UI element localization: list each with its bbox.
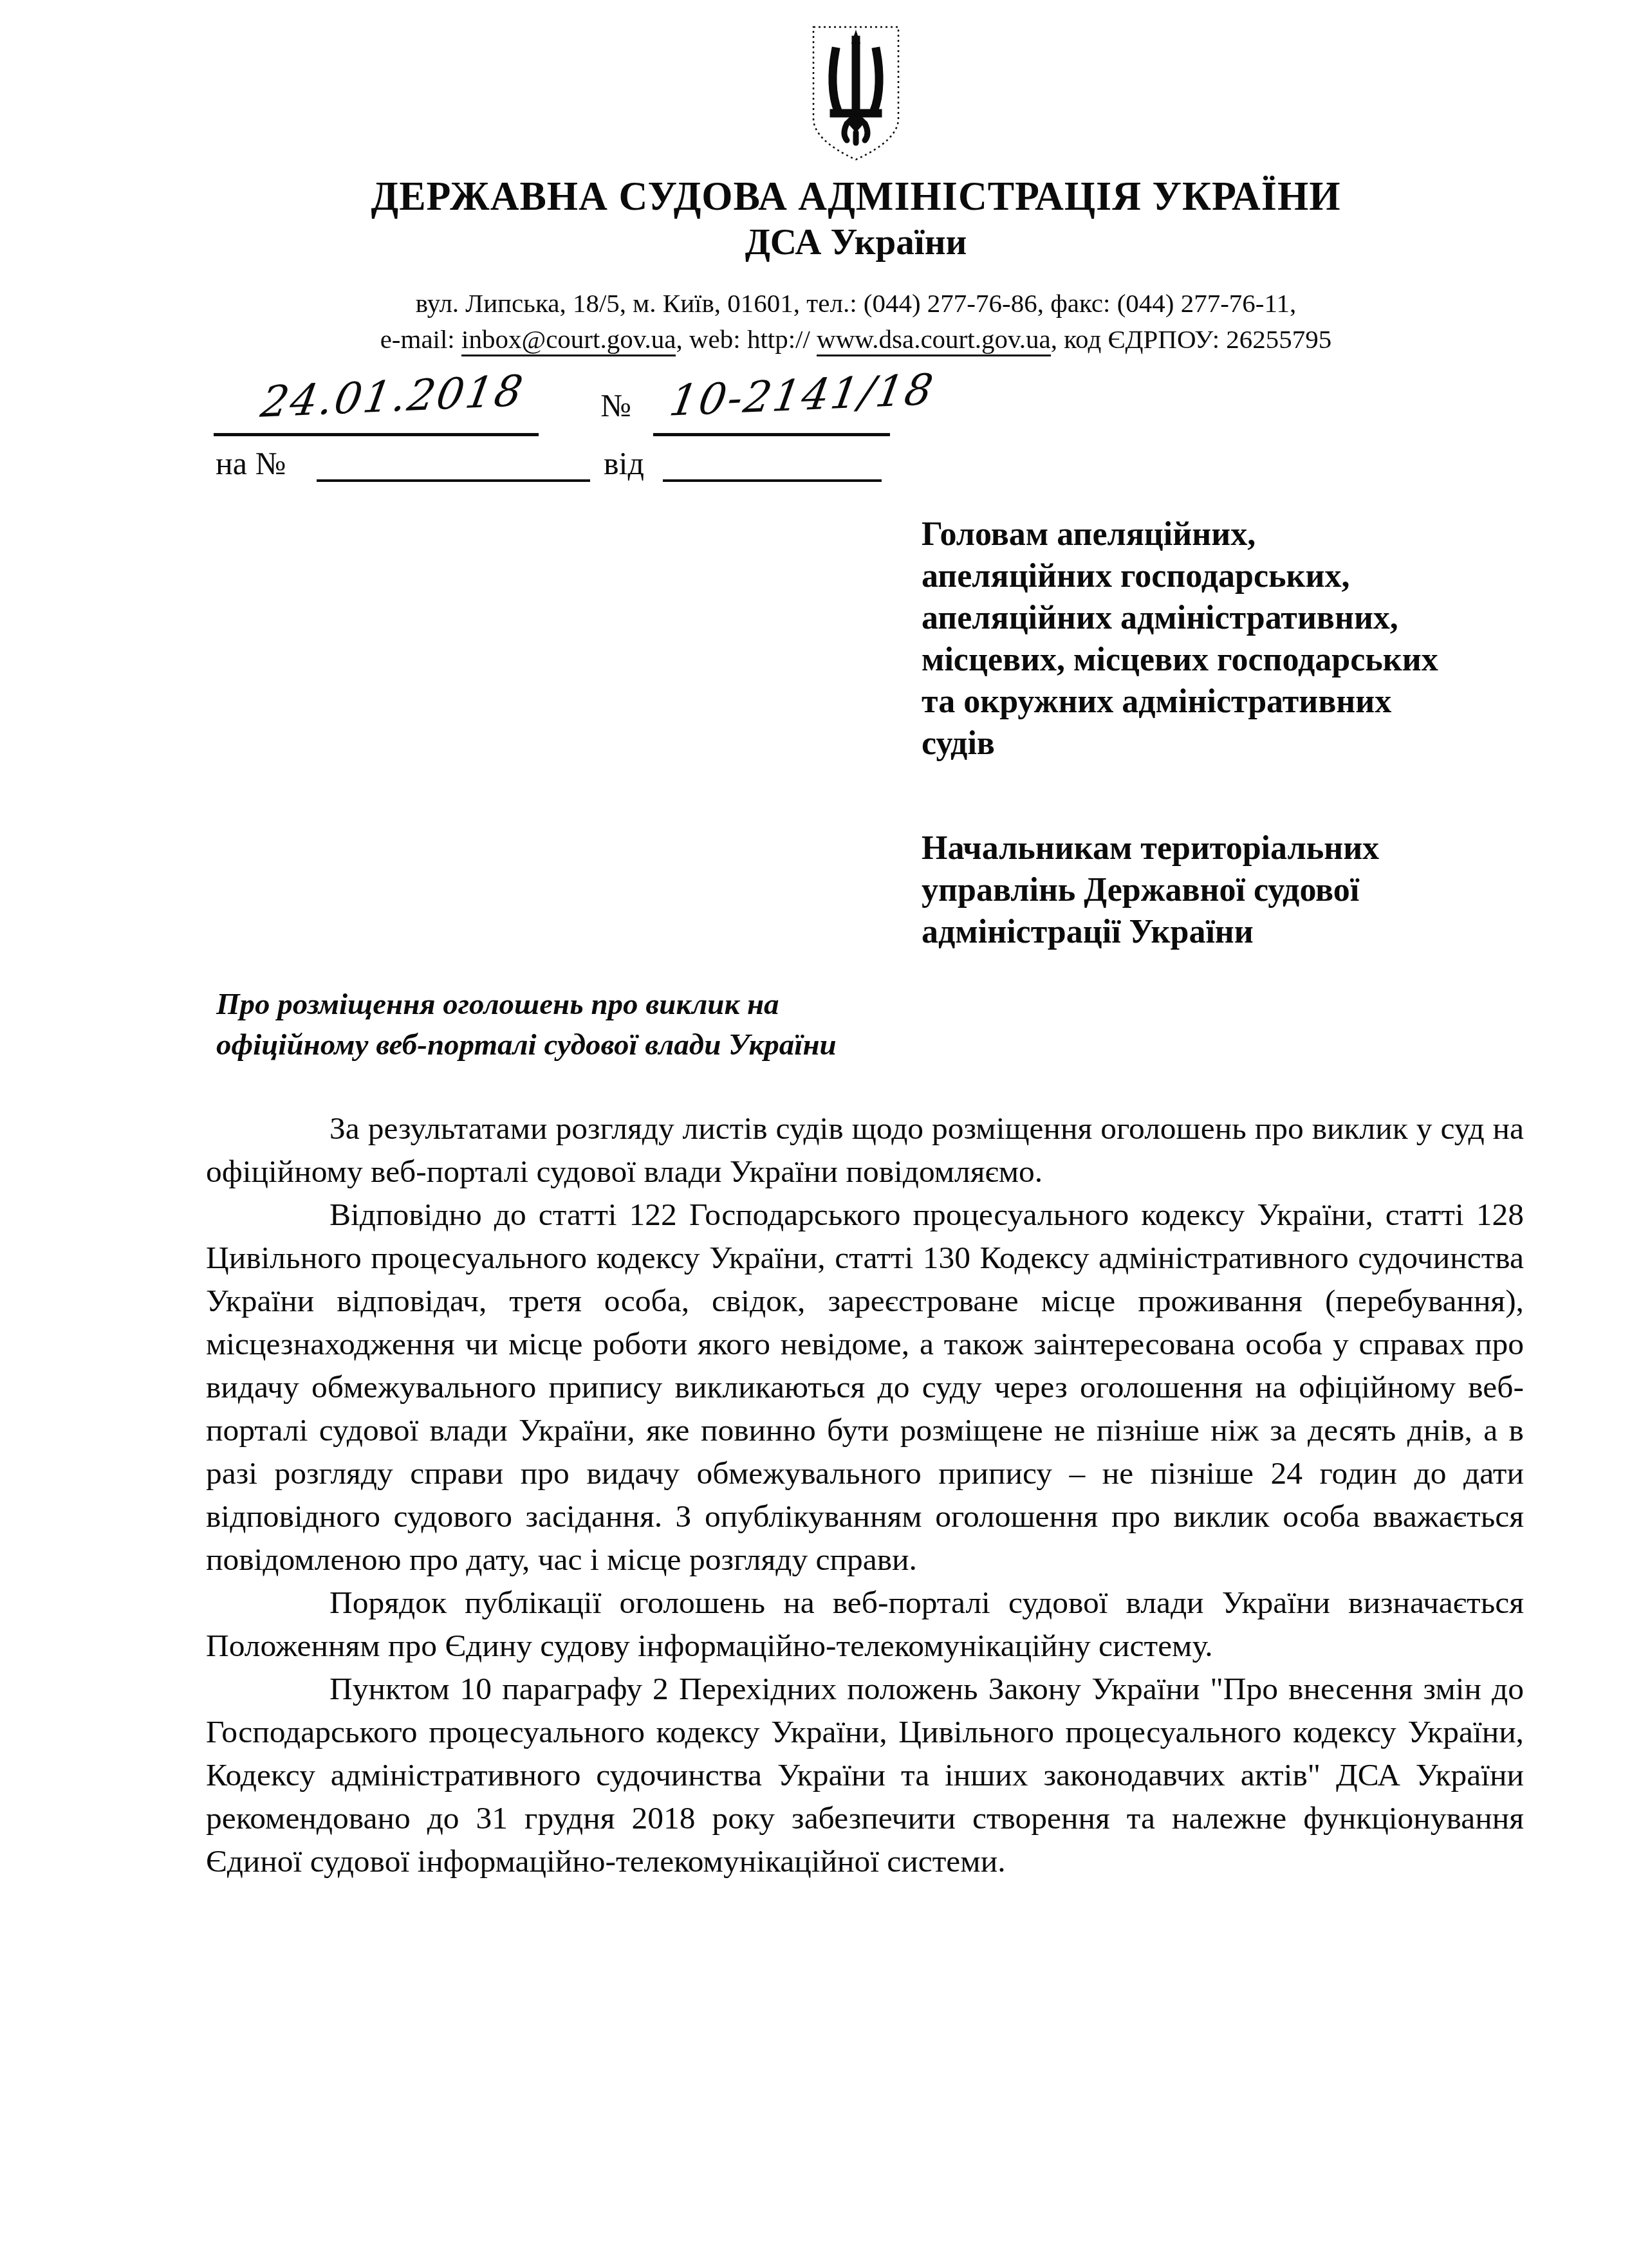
body-paragraph: Пунктом 10 параграфу 2 Перехідних положе… [206,1667,1524,1883]
scanned-letter-page: ДЕРЖАВНА СУДОВА АДМІНІСТРАЦІЯ УКРАЇНИ ДС… [0,0,1641,2268]
handwritten-date: 24.01.2018 [257,366,528,427]
recipient-line: місцевих, місцевих господарських [922,639,1565,681]
from-label: від [604,445,644,482]
reply-to-blank-line [317,479,590,482]
recipient-line: Начальникам територіальних [922,827,1565,869]
handwritten-number: 10-2141/18 [666,364,938,426]
org-contact-line: e-mail: inbox@court.gov.ua, web: http://… [35,321,1641,357]
letter-body: За результатами розгляду листів судів що… [206,1107,1524,1883]
number-fill-line [653,433,890,436]
reply-to-label: на № [216,445,286,482]
recipients-block: Головам апеляційних, апеляційних господа… [922,513,1565,953]
reference-block: 24.01.2018 № 10-2141/18 на № від [0,376,1641,518]
recipient-line: Головам апеляційних, [922,513,1565,555]
recipient-line: адміністрації України [922,911,1565,953]
org-short-name: ДСА України [35,221,1641,263]
body-paragraph: Відповідно до статті 122 Господарського … [206,1193,1524,1581]
subject-line: офіційному веб-порталі судової влади Укр… [216,1025,1053,1065]
body-paragraph: За результатами розгляду листів судів що… [206,1107,1524,1193]
recipient-line: судів [922,723,1565,764]
recipient-line: та окружних адміністративних [922,681,1565,723]
from-blank-line [663,479,882,482]
recipient-line: апеляційних адміністративних, [922,597,1565,639]
body-paragraph: Порядок публікації оголошень на веб-порт… [206,1581,1524,1667]
org-contact-block: вул. Липська, 18/5, м. Київ, 01601, тел.… [35,285,1641,357]
email-address: inbox@court.gov.ua [461,324,676,356]
edrpou-code: , код ЄДРПОУ: 26255795 [1051,324,1332,354]
web-address: www.dsa.court.gov.ua [817,324,1051,356]
org-name: ДЕРЖАВНА СУДОВА АДМІНІСТРАЦІЯ УКРАЇНИ [60,172,1641,220]
web-label: , web: http:// [676,324,817,354]
recipients-group-territorial: Начальникам територіальних управлінь Дер… [922,827,1565,953]
recipient-line: апеляційних господарських, [922,555,1565,597]
number-label: № [600,387,631,424]
letterhead: ДЕРЖАВНА СУДОВА АДМІНІСТРАЦІЯ УКРАЇНИ ДС… [35,0,1641,357]
recipients-group-courts: Головам апеляційних, апеляційних господа… [922,513,1565,764]
recipient-line: управлінь Державної судової [922,869,1565,911]
email-label: e-mail: [380,324,461,354]
trident-emblem-icon [807,23,905,163]
subject-block: Про розміщення оголошень про виклик на о… [216,984,1053,1065]
date-fill-line [214,433,539,436]
subject-line: Про розміщення оголошень про виклик на [216,984,1053,1025]
org-address-line: вул. Липська, 18/5, м. Київ, 01601, тел.… [35,285,1641,321]
